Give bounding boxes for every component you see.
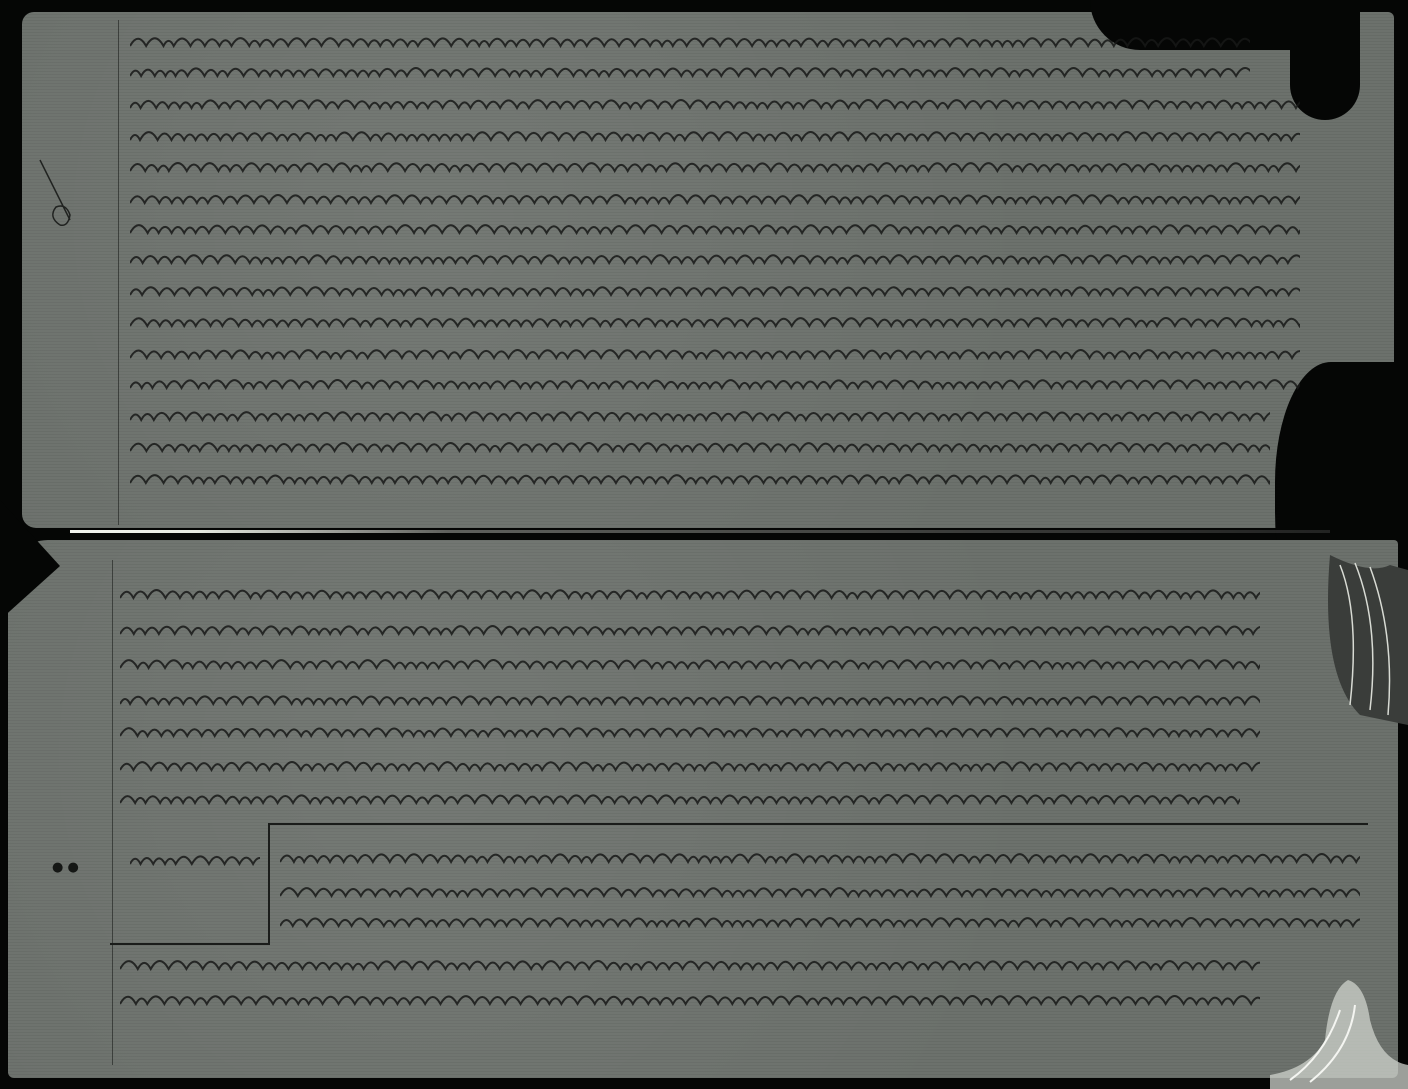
script-line-bottom-3 bbox=[120, 652, 1260, 678]
script-line-top-3 bbox=[130, 92, 1300, 118]
script-line-top-6 bbox=[130, 187, 1300, 213]
script-line-top-8 bbox=[130, 247, 1300, 273]
boxed-script-line-3 bbox=[280, 910, 1360, 936]
damaged-edge-right-middle bbox=[1300, 555, 1408, 725]
script-line-bottom-4 bbox=[120, 688, 1260, 714]
section-divider-rule bbox=[268, 823, 1368, 825]
section-number: ● ● bbox=[52, 860, 79, 875]
script-line-top-5 bbox=[130, 155, 1300, 181]
script-line-top-9 bbox=[130, 279, 1300, 305]
script-line-trailing-1 bbox=[120, 953, 1260, 979]
section-label-box bbox=[110, 823, 270, 945]
script-line-top-11 bbox=[130, 342, 1300, 368]
script-line-top-12 bbox=[130, 372, 1300, 398]
script-line-bottom-2 bbox=[120, 618, 1260, 644]
script-line-trailing-2 bbox=[120, 988, 1260, 1014]
boxed-script-line-1 bbox=[280, 846, 1360, 872]
torn-notch-top-right bbox=[1290, 0, 1360, 120]
margin-rule-bottom bbox=[112, 560, 113, 1065]
script-line-top-15 bbox=[130, 467, 1270, 493]
script-line-top-13 bbox=[130, 404, 1270, 430]
damaged-corner-bottom-right bbox=[1270, 950, 1408, 1089]
margin-annotation-mark bbox=[30, 150, 100, 240]
script-line-bottom-5 bbox=[120, 720, 1260, 746]
script-line-top-7 bbox=[130, 217, 1300, 243]
margin-rule-top bbox=[118, 20, 119, 525]
script-line-top-1 bbox=[130, 30, 1250, 56]
script-line-bottom-7 bbox=[120, 787, 1240, 813]
script-line-bottom-1 bbox=[120, 582, 1260, 608]
script-line-top-14 bbox=[130, 435, 1270, 461]
boxed-script-line-2 bbox=[280, 880, 1360, 906]
script-line-bottom-6 bbox=[120, 754, 1260, 780]
script-line-top-4 bbox=[130, 124, 1300, 150]
script-line-top-10 bbox=[130, 310, 1300, 336]
page-fold-line bbox=[70, 530, 1330, 533]
script-line-top-2 bbox=[130, 60, 1250, 86]
